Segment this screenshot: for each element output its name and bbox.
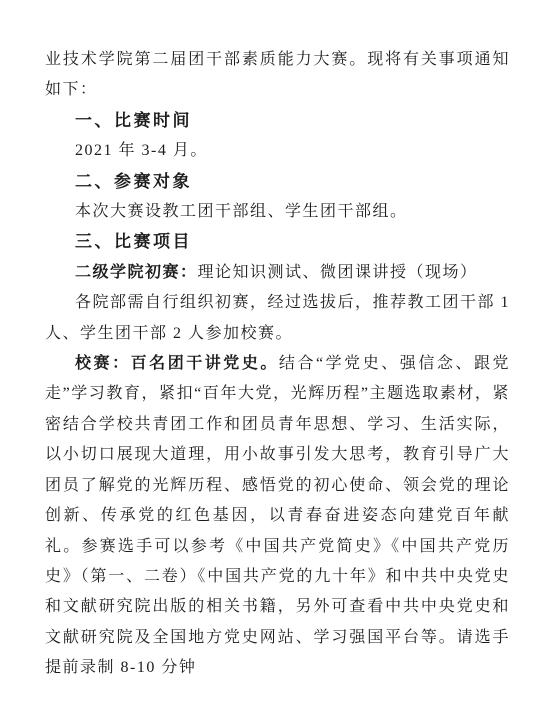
- paragraph-preliminary-round: 二级学院初赛：理论知识测试、微团课讲授（现场）: [45, 258, 510, 288]
- school-final-label: 校赛：百名团干讲党史。: [75, 355, 279, 372]
- paragraph-school-final: 校赛：百名团干讲党史。结合“学党史、强信念、跟党走”学习教育，紧扣“百年大党，光…: [45, 349, 510, 683]
- paragraph-recommendation-rule: 各院部需自行组织初赛，经过选拔后，推荐教工团干部 1 人、学生团干部 2 人参加…: [45, 288, 510, 349]
- paragraph-continuation: 业技术学院第二届团干部素质能力大赛。现将有关事项通知如下：: [45, 45, 510, 106]
- document-body: 业技术学院第二届团干部素质能力大赛。现将有关事项通知如下： 一、比赛时间 202…: [45, 45, 510, 684]
- school-final-text: 结合“学党史、强信念、跟党走”学习教育，紧扣“百年大党，光辉历程”主题选取素材，…: [45, 355, 510, 676]
- section-heading-competition-events: 三、比赛项目: [45, 227, 510, 257]
- preliminary-round-label: 二级学院初赛：: [75, 264, 198, 281]
- document-page: 业技术学院第二届团干部素质能力大赛。现将有关事项通知如下： 一、比赛时间 202…: [0, 0, 554, 721]
- section-heading-participants: 二、参赛对象: [45, 167, 510, 197]
- section-heading-competition-time: 一、比赛时间: [45, 106, 510, 136]
- paragraph-competition-time: 2021 年 3-4 月。: [45, 136, 510, 166]
- preliminary-round-text: 理论知识测试、微团课讲授（现场）: [198, 264, 478, 281]
- paragraph-participant-groups: 本次大赛设教工团干部组、学生团干部组。: [45, 197, 510, 227]
